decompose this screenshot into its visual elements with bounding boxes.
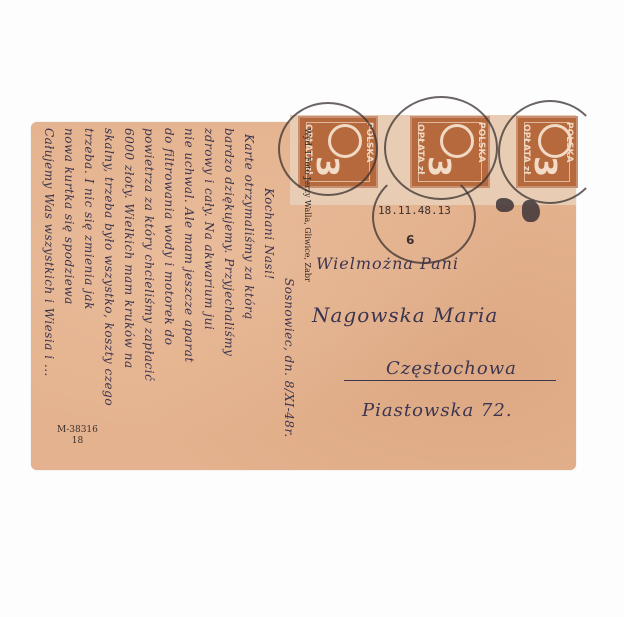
message-line: zdrowy i cały. Na akwarium jui [202,128,216,330]
address-street: Piastowska 72. [362,400,513,421]
address-salutation: Wielmożna Pani [316,254,459,273]
address-name: Nagowska Maria [312,303,498,327]
message-line: skalny, trzeba było wszystko, koszty cze… [102,128,116,406]
postmark-circle [498,100,602,204]
postmark-date: 18.11.48.13 [378,204,451,217]
address-underline [344,380,556,381]
message-line: bardzo dziękujemy. Przyjechaliśmy [222,128,236,356]
message-line: Całujemy Was wszystkich i Wiesia i ... [42,128,56,377]
message-line: nowa kurtka się spodziewa [62,128,76,305]
ink-blot [522,200,540,222]
message-line: nie uchwal. Ale mam jeszcze aparat [182,128,196,363]
postmark-office-number: 9 [406,232,414,246]
message-line: Sosnowiec, dn. 8/XI-48r. [282,278,296,438]
message-line: trzeba. I nic się zmienia jak [82,128,96,310]
handwritten-message: Sosnowiec, dn. 8/XI-48r. Kochani Nasi! K… [36,128,298,466]
message-line: powietrza za który chcieliśmy zapłacić [142,128,156,381]
message-line: 6000 złoty. Wielkich mam kruków na [122,128,136,369]
address-city: Częstochowa [386,358,517,379]
message-line: Kochani Nasi! [262,188,276,280]
message-line: do filtrowania wody i motorek do [162,128,176,346]
ink-blot [496,198,514,212]
message-line: Karte otrzymaliśmy za którą [242,134,256,320]
publisher-line: Wyd. I Foto Jerzy Walla, Gliwice, Zabr [303,128,312,473]
postmark-circle [372,170,476,264]
